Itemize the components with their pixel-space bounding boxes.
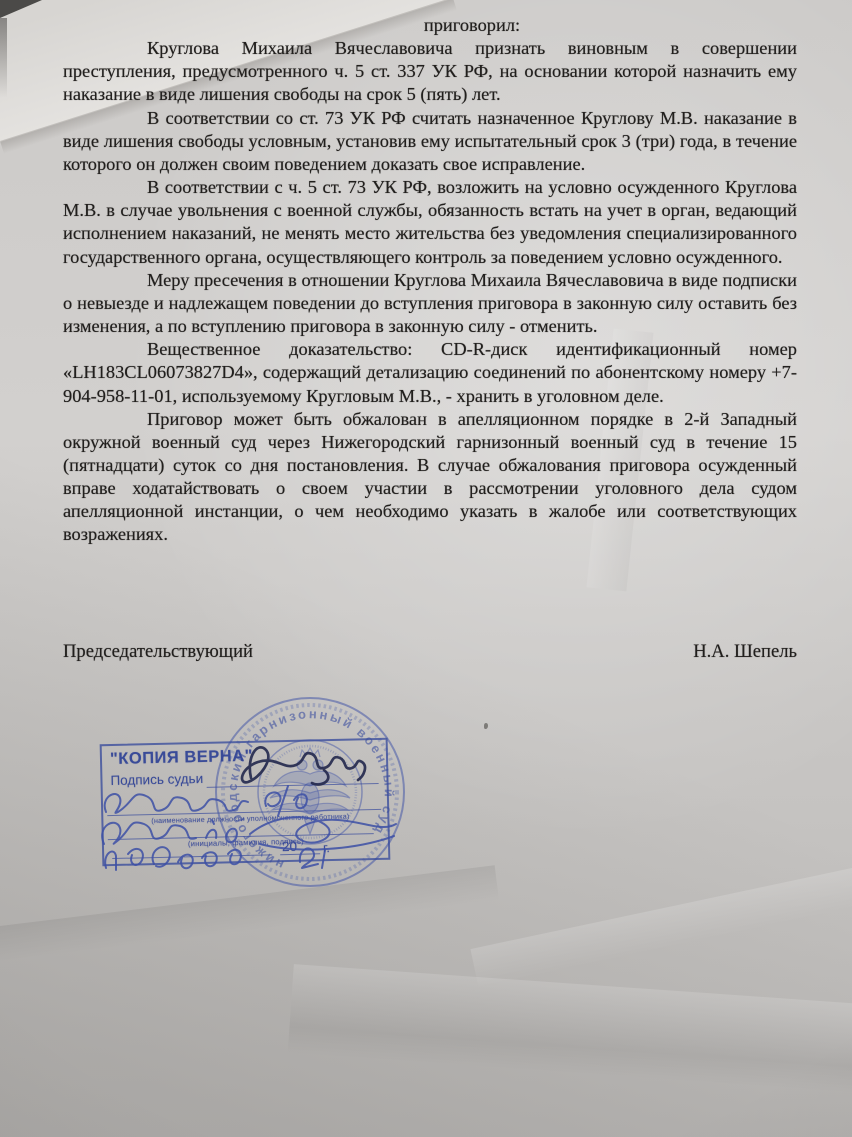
judge-name: Н.А. Шепель (693, 641, 797, 663)
paper-crease (288, 964, 852, 1096)
verdict-paragraph: В соответствии с ч. 5 ст. 73 УК РФ, возл… (63, 176, 797, 269)
verdict-paragraph: Приговор может быть обжалован в апелляци… (63, 408, 797, 547)
date-day-month-scribble (105, 847, 241, 870)
presiding-judge-label: Председательствующий (63, 641, 253, 663)
verdict-paragraph: Вещественное доказательство: CD-R-диск и… (63, 338, 797, 407)
paper-crease (470, 862, 852, 988)
verdict-paragraph: В соответствии со ст. 73 УК РФ считать н… (63, 107, 797, 176)
signature-row: Председательствующий Н.А. Шепель (63, 641, 797, 663)
handwriting-overlay (88, 726, 428, 886)
verdict-paragraph: Круглова Михаила Вячеславовича признать … (63, 37, 797, 106)
secretary-name-scribble (102, 817, 396, 849)
document-photo: приговорил: Круглова Михаила Вячеславови… (0, 0, 852, 1137)
background-edge-shadow (0, 18, 7, 98)
judge-signature-scribble (242, 747, 365, 784)
ink-speck (484, 723, 488, 729)
date-year-scribble (300, 848, 325, 868)
secretary-position-scribble (105, 786, 307, 816)
verdict-heading: приговорил: (63, 14, 797, 37)
verdict-paragraph: Меру пресечения в отношении Круглова Мих… (63, 269, 797, 338)
verdict-text-block: приговорил: Круглова Михаила Вячеславови… (63, 14, 797, 547)
